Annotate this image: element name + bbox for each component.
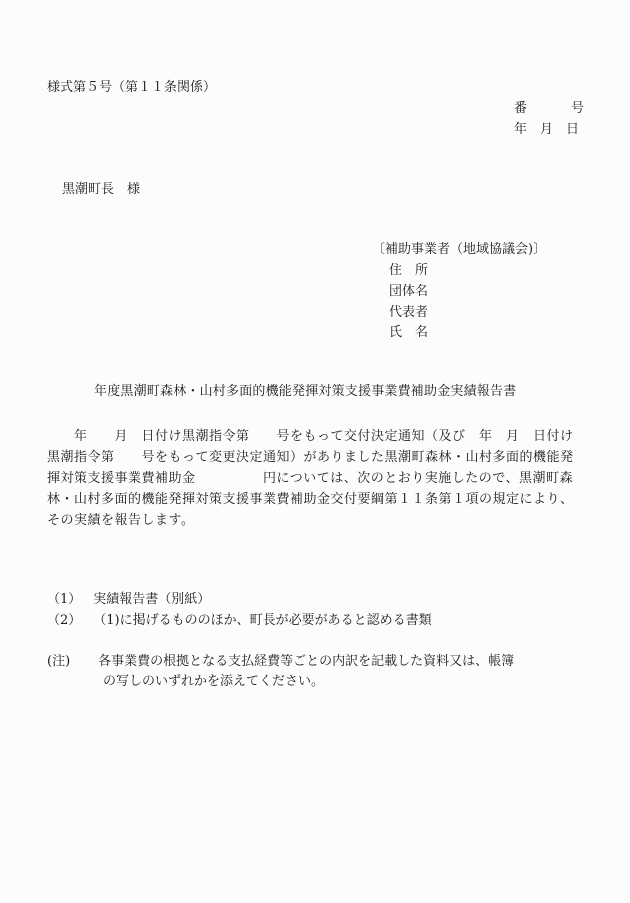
body-line: 年 月 日付け黒潮指令第 号をもって交付決定通知（及び 年 月 日付け: [47, 430, 574, 443]
note-line-2: の写しのいずれかを添えてください。: [103, 675, 324, 688]
body-line: 黒潮指令第 号をもって変更決定通知）がありました黒潮町森林・山村多面的機能発: [47, 451, 574, 464]
body-line: 林・山村多面的機能発揮対策支援事業費補助金交付要綱第１１条第１項の規定により、: [47, 493, 574, 506]
number-suffix: 号: [571, 102, 584, 115]
attachment-item: （2）（1)に掲げるもののほか、町長が必要があると認める書類: [47, 614, 432, 627]
date-year: 年: [514, 122, 527, 137]
body-line: 揮対策支援事業費補助金 円については、次のとおり実施したので、黒潮町森: [47, 472, 573, 485]
date-month: 月: [540, 122, 553, 137]
attachment-item: （1）実績報告書（別紙）: [47, 593, 210, 606]
date-day: 日: [566, 122, 579, 137]
applicant-heading: 〔補助事業者（地域協議会)〕: [372, 243, 546, 256]
note: (注)各事業費の根拠となる支払経費等ごとの内訳を記載した資料又は、帳簿: [47, 655, 514, 668]
form-number: 様式第５号（第１１条関係）: [47, 81, 216, 94]
applicant-field-organization: 団体名: [389, 285, 428, 298]
applicant-field-representative: 代表者: [389, 306, 428, 319]
applicant-field-name: 氏 名: [389, 326, 428, 339]
document-number-row: 番号: [514, 102, 584, 115]
note-line-1: 各事業費の根拠となる支払経費等ごとの内訳を記載した資料又は、帳簿: [98, 654, 514, 669]
number-label: 番: [514, 102, 527, 115]
attachment-marker: （1）: [47, 592, 81, 607]
addressee: 黒潮町長 様: [62, 183, 140, 196]
body-line: その実績を報告します。: [47, 514, 194, 527]
attachment-text: 実績報告書（別紙）: [93, 592, 210, 607]
document-title: 年度黒潮町森林・山村多面的機能発揮対策支援事業費補助金実績報告書: [94, 385, 516, 398]
attachment-marker: （2）: [47, 613, 81, 628]
attachment-text: （1)に掲げるもののほか、町長が必要があると認める書類: [93, 613, 431, 628]
note-marker: (注): [47, 654, 70, 669]
applicant-field-address: 住 所: [389, 264, 428, 277]
document-date-row: 年月日: [514, 123, 579, 136]
